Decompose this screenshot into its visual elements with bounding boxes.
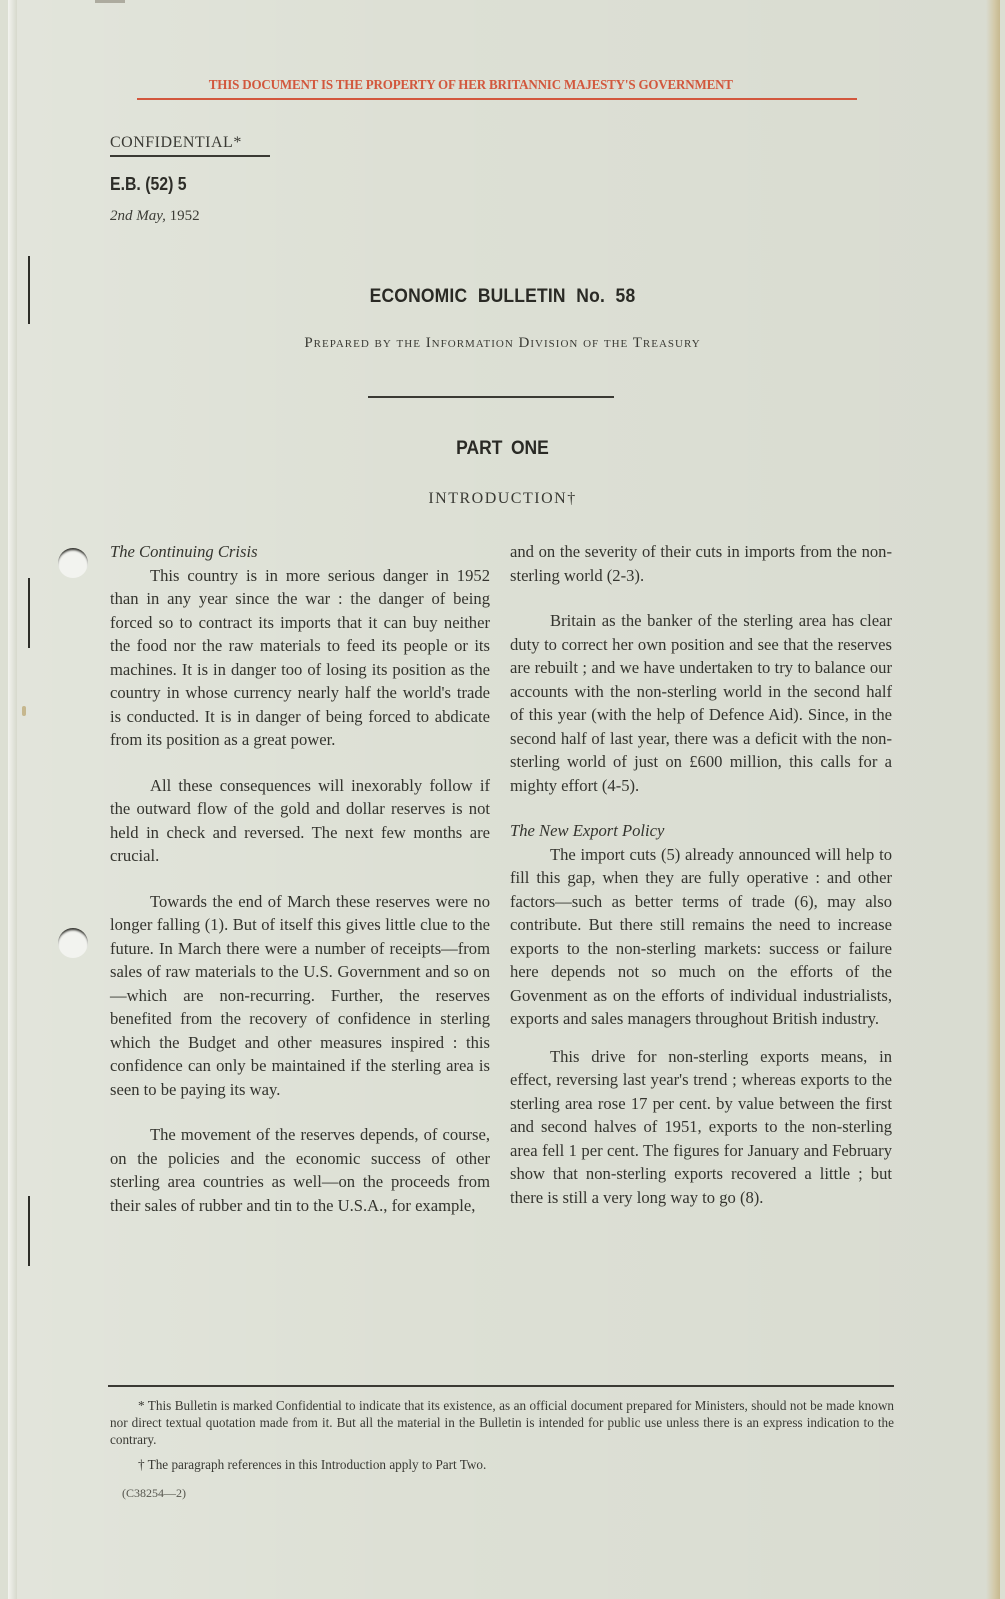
banner-underline xyxy=(137,98,857,100)
subheading-new-export-policy: The New Export Policy xyxy=(510,819,892,843)
punch-hole-icon xyxy=(58,928,88,958)
document-reference: E.B. (52) 5 xyxy=(110,174,187,195)
footnote-asterisk: * This Bulletin is marked Confidential t… xyxy=(110,1397,894,1448)
left-column: The Continuing Crisis This country is in… xyxy=(110,540,490,1217)
footnote-dagger: † The paragraph references in this Intro… xyxy=(110,1456,894,1473)
margin-bar xyxy=(28,256,30,324)
date-day-month: 2nd May, xyxy=(110,208,166,224)
paragraph: Britain as the banker of the sterling ar… xyxy=(510,609,892,797)
paragraph: The movement of the reserves depends, of… xyxy=(110,1123,490,1217)
footnote-divider xyxy=(108,1385,894,1387)
bulletin-title: ECONOMIC BULLETIN No. 58 xyxy=(40,286,965,308)
paragraph-continuation: and on the severity of their cuts in imp… xyxy=(510,540,892,587)
subheading-continuing-crisis: The Continuing Crisis xyxy=(110,540,490,564)
prepared-by-line: Prepared by the Information Division of … xyxy=(0,335,1005,352)
print-code: (C38254—2) xyxy=(122,1486,186,1501)
paragraph: This country is in more serious danger i… xyxy=(110,564,490,752)
property-banner: THIS DOCUMENT IS THE PROPERTY OF HER BRI… xyxy=(136,78,806,94)
document-date: 2nd May, 1952 xyxy=(110,208,200,225)
margin-bar xyxy=(28,578,30,648)
punch-hole-icon xyxy=(58,548,88,578)
classification-label: CONFIDENTIAL* xyxy=(110,134,242,152)
paragraph: This drive for non-sterling exports mean… xyxy=(510,1045,892,1210)
paper-speck xyxy=(22,706,26,716)
top-smudge xyxy=(95,0,125,3)
classification-underline xyxy=(110,155,270,157)
footnotes: * This Bulletin is marked Confidential t… xyxy=(110,1397,894,1473)
right-column: and on the severity of their cuts in imp… xyxy=(510,540,892,1209)
part-heading: PART ONE xyxy=(40,438,965,460)
page-right-edge xyxy=(986,0,1000,1599)
date-year: 1952 xyxy=(166,208,200,224)
paragraph: All these consequences will inexorably f… xyxy=(110,774,490,868)
page-left-shadow xyxy=(8,0,17,1599)
paragraph: Towards the end of March these reserves … xyxy=(110,890,490,1102)
section-heading: INTRODUCTION† xyxy=(0,490,1005,508)
margin-bar xyxy=(28,1196,30,1266)
title-divider xyxy=(368,396,614,398)
paragraph: The import cuts (5) already announced wi… xyxy=(510,843,892,1031)
